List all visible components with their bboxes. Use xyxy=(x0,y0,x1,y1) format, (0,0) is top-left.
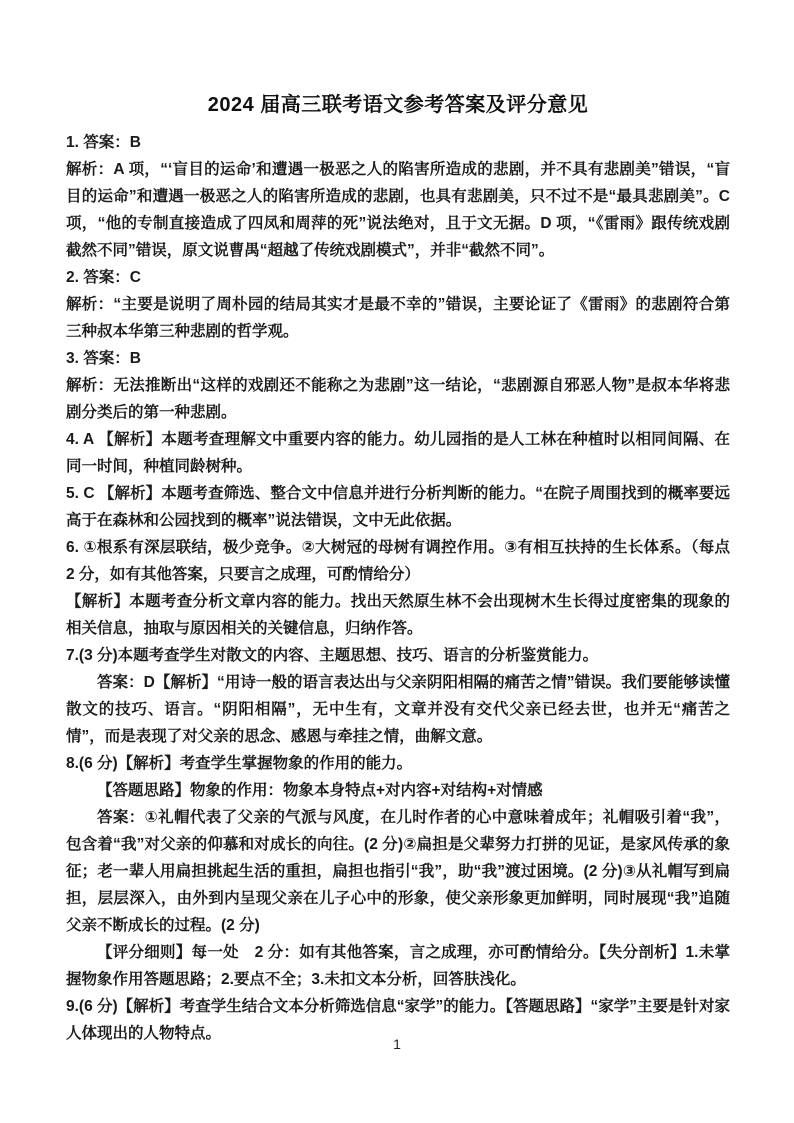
paragraph-answer-2: 2. 答案：C xyxy=(66,264,730,291)
paragraph-analysis-3: 解析：无法推断出“这样的戏剧还不能称之为悲剧”这一结论，“悲剧源自邪恶人物”是叔… xyxy=(66,372,730,426)
paragraph-analysis-2: 解析：“主要是说明了周朴园的结局其实才是最不幸的”错误，主要论证了《雷雨》的悲剧… xyxy=(66,291,730,345)
document-page: 2024 届高三联考语文参考答案及评分意见 1. 答案：B 解析：A 项，“‘盲… xyxy=(66,88,730,1047)
paragraph-answer-5: 5. C 【解析】本题考查筛选、整合文中信息并进行分析判断的能力。“在院子周围找… xyxy=(66,480,730,534)
paragraph-answer-8-scoring: 【评分细则】每一处 2 分：如有其他答案，言之成理，亦可酌情给分。【失分剖析】1… xyxy=(66,939,730,993)
page-number: 1 xyxy=(0,1036,794,1052)
page-title: 2024 届高三联考语文参考答案及评分意见 xyxy=(66,88,730,117)
paragraph-answer-3: 3. 答案：B xyxy=(66,345,730,372)
paragraph-answer-1: 1. 答案：B xyxy=(66,129,730,156)
paragraph-analysis-7: 答案：D【解析】“用诗一般的语言表达出与父亲阴阳相隔的痛苦之情”错误。我们要能够… xyxy=(66,669,730,750)
paragraph-analysis-6: 【解析】本题考查分析文章内容的能力。找出天然原生林不会出现树木生长得过度密集的现… xyxy=(66,588,730,642)
paragraph-analysis-1: 解析：A 项，“‘盲目的运命’和遭遇一极恶之人的陷害所造成的悲剧，并不具有悲剧美… xyxy=(66,156,730,264)
paragraph-answer-4: 4. A 【解析】本题考查理解文中重要内容的能力。幼儿园指的是人工林在种植时以相… xyxy=(66,426,730,480)
paragraph-answer-6: 6. ①根系有深层联结，极少竞争。②大树冠的母树有调控作用。③有相互扶持的生长体… xyxy=(66,534,730,588)
paragraph-answer-8-detail: 答案：①礼帽代表了父亲的气派与风度，在儿时作者的心中意味着成年；礼帽吸引着“我”… xyxy=(66,804,730,939)
paragraph-answer-8-thinking: 【答题思路】物象的作用：物象本身特点+对内容+对结构+对情感 xyxy=(66,777,730,804)
paragraph-answer-8: 8.(6 分)【解析】考查学生掌握物象的作用的能力。 xyxy=(66,750,730,777)
document-body: 1. 答案：B 解析：A 项，“‘盲目的运命’和遭遇一极恶之人的陷害所造成的悲剧… xyxy=(66,129,730,1047)
paragraph-answer-7: 7.(3 分)本题考查学生对散文的内容、主题思想、技巧、语言的分析鉴赏能力。 xyxy=(66,642,730,669)
